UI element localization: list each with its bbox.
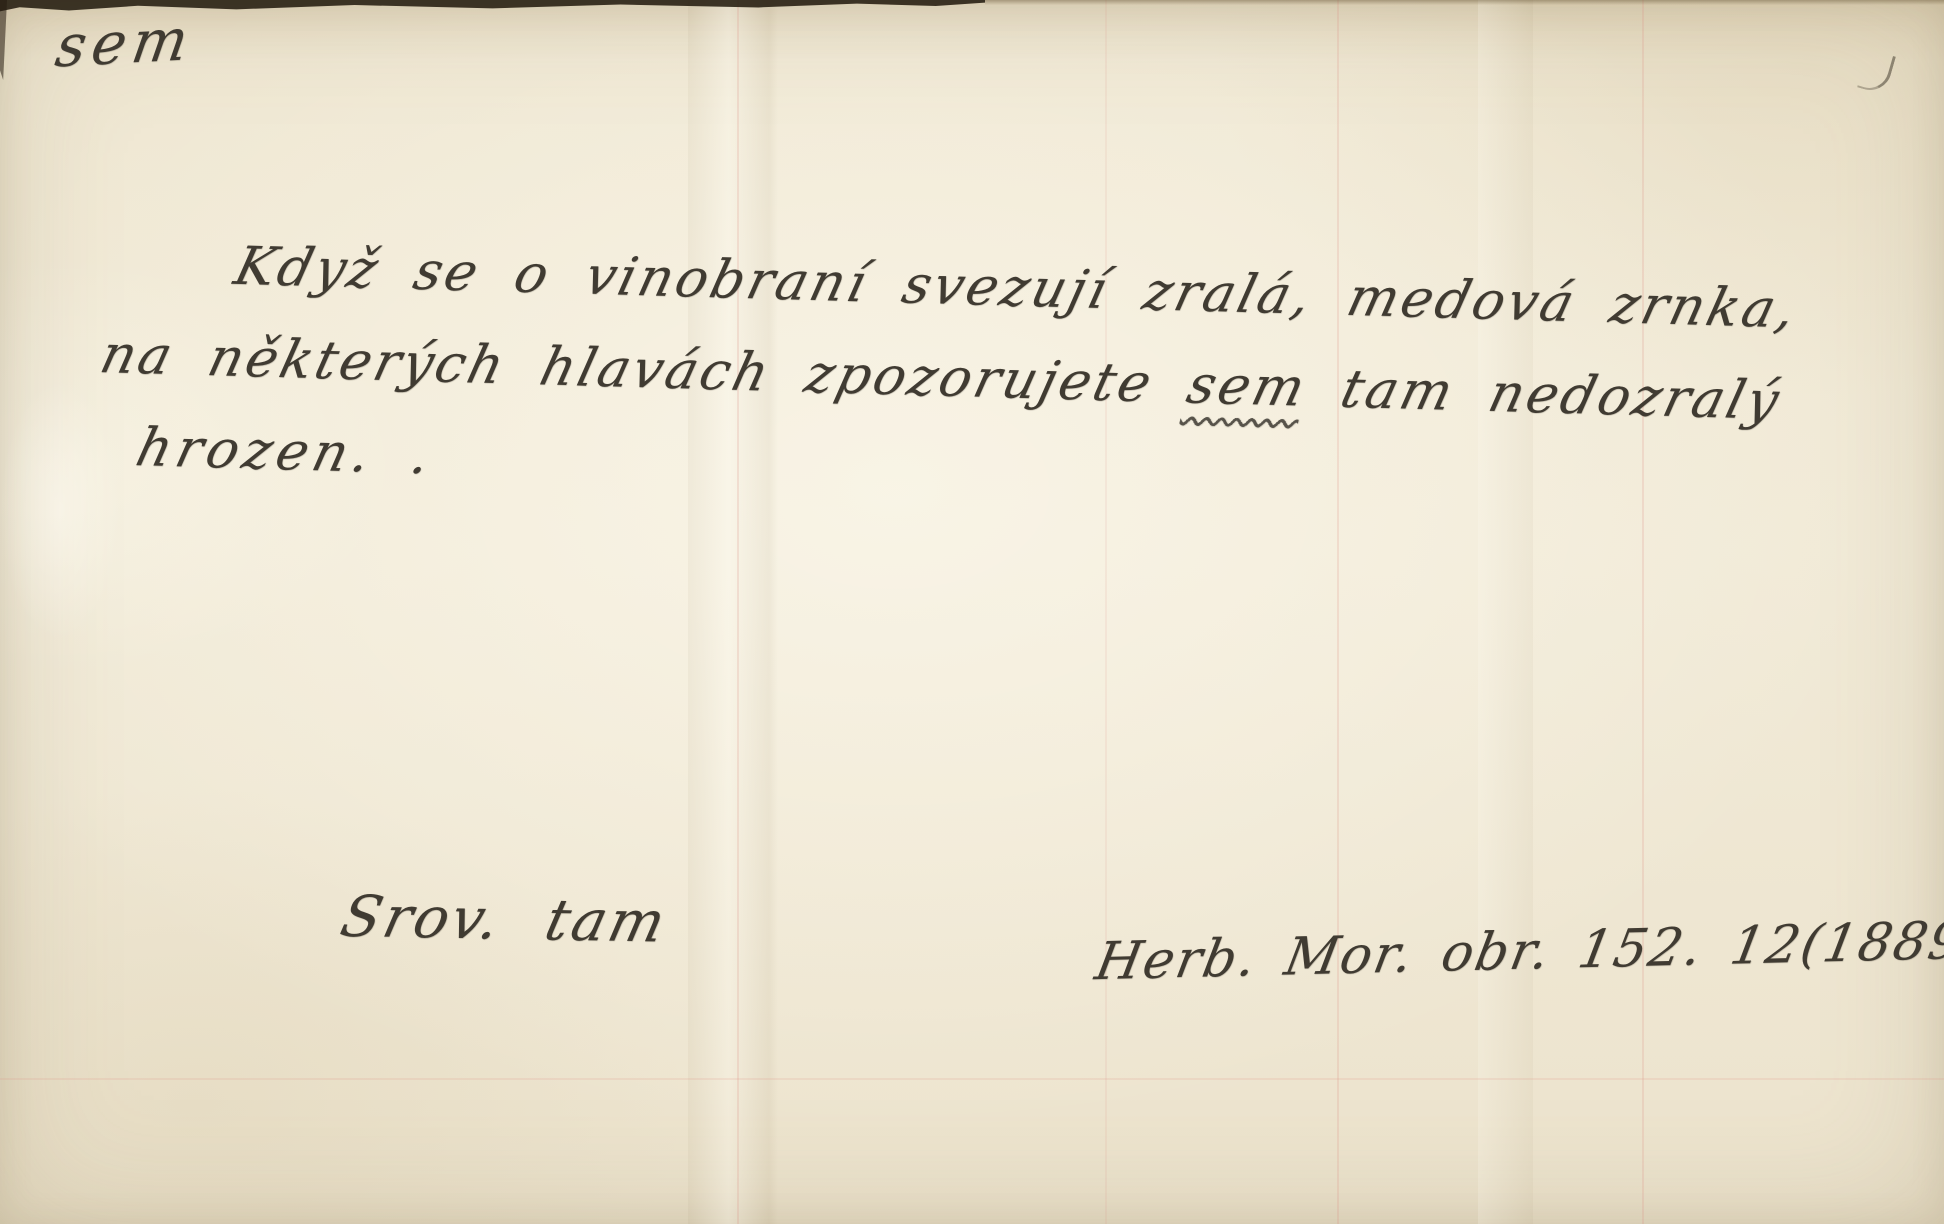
cross-reference-note: Srov. tam xyxy=(335,884,674,955)
ruling-line-vertical xyxy=(1642,0,1644,1224)
paper-background xyxy=(0,0,1944,1224)
ruling-line-vertical xyxy=(1337,0,1339,1224)
underlined-word-sem: sem xyxy=(1181,355,1313,419)
paper-crease xyxy=(688,0,778,1224)
ruling-line-horizontal xyxy=(0,1078,1944,1080)
scanned-archival-slip: sem Když se o vinobraní svezují zralá, m… xyxy=(0,0,1944,1224)
headword-sem: sem xyxy=(51,5,199,81)
paper-edge-top-right xyxy=(985,0,1944,5)
quote-line-2-pre: na některých hlavách zpozorujete xyxy=(95,324,1196,415)
paper-crease xyxy=(1478,0,1533,1224)
ruling-line-vertical xyxy=(737,0,739,1224)
quote-line-2-post: tam nedozralý xyxy=(1299,358,1787,432)
ruling-line-vertical xyxy=(1105,0,1107,1224)
quotation-paragraph: Když se o vinobraní svezují zralá, medov… xyxy=(69,218,1925,542)
